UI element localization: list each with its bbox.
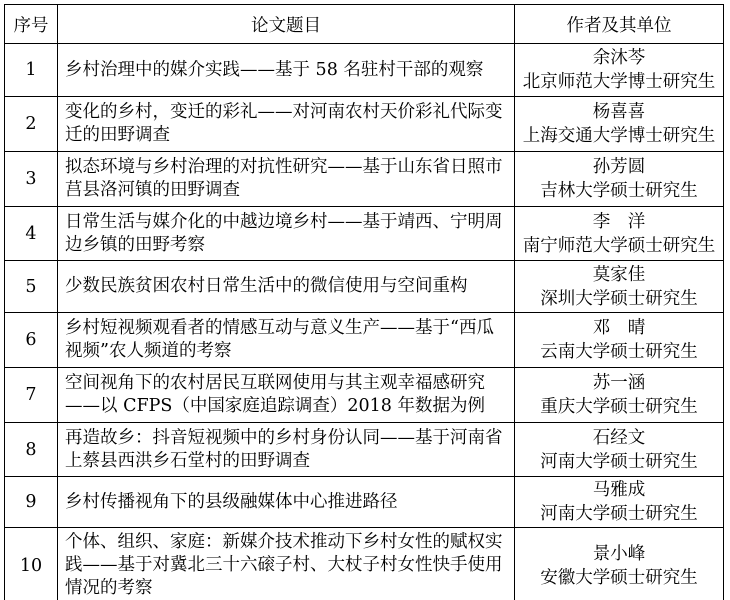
paper-title-cell: 变化的乡村，变迁的彩礼——对河南农村天价彩礼代际变迁的田野调查 bbox=[58, 97, 515, 152]
author-cell: 莫家佳 深圳大学硕士研究生 bbox=[515, 261, 724, 313]
paper-title-cell: 日常生活与媒介化的中越边境乡村——基于靖西、宁明周边乡镇的田野考察 bbox=[58, 207, 515, 261]
row-number-cell: 8 bbox=[5, 423, 58, 477]
col-header-title: 论文题目 bbox=[58, 5, 515, 44]
table-row: 8 再造故乡：抖音短视频中的乡村身份认同——基于河南省上蔡县西洪乡石堂村的田野调… bbox=[5, 423, 724, 477]
paper-title-cell: 乡村短视频观看者的情感互动与意义生产——基于“西瓜视频”农人频道的考察 bbox=[58, 313, 515, 368]
paper-title-cell: 少数民族贫困农村日常生活中的微信使用与空间重构 bbox=[58, 261, 515, 313]
row-number-cell: 7 bbox=[5, 368, 58, 423]
paper-title-cell: 乡村传播视角下的县级融媒体中心推进路径 bbox=[58, 477, 515, 528]
author-cell: 马雅成 河南大学硕士研究生 bbox=[515, 477, 724, 528]
author-cell: 杨喜喜 上海交通大学博士研究生 bbox=[515, 97, 724, 152]
author-name: 杨喜喜 bbox=[517, 100, 721, 124]
paper-title-cell: 拟态环境与乡村治理的对抗性研究——基于山东省日照市莒县洛河镇的田野调查 bbox=[58, 152, 515, 207]
author-affiliation: 吉林大学硕士研究生 bbox=[517, 179, 721, 203]
author-cell: 李 洋 南宁师范大学硕士研究生 bbox=[515, 207, 724, 261]
author-affiliation: 河南大学硕士研究生 bbox=[517, 450, 721, 474]
document-page: 序号 论文题目 作者及其单位 1 乡村治理中的媒介实践——基于 58 名驻村干部… bbox=[0, 0, 730, 600]
table-row: 3 拟态环境与乡村治理的对抗性研究——基于山东省日照市莒县洛河镇的田野调查 孙芳… bbox=[5, 152, 724, 207]
table-row: 2 变化的乡村，变迁的彩礼——对河南农村天价彩礼代际变迁的田野调查 杨喜喜 上海… bbox=[5, 97, 724, 152]
paper-title-cell: 空间视角下的农村居民互联网使用与其主观幸福感研究——以 CFPS（中国家庭追踪调… bbox=[58, 368, 515, 423]
table-row: 6 乡村短视频观看者的情感互动与意义生产——基于“西瓜视频”农人频道的考察 邓 … bbox=[5, 313, 724, 368]
col-header-author: 作者及其单位 bbox=[515, 5, 724, 44]
author-cell: 石经文 河南大学硕士研究生 bbox=[515, 423, 724, 477]
paper-title-cell: 个体、组织、家庭：新媒介技术推动下乡村女性的赋权实践——基于对冀北三十六磙子村、… bbox=[58, 528, 515, 600]
table-row: 4 日常生活与媒介化的中越边境乡村——基于靖西、宁明周边乡镇的田野考察 李 洋 … bbox=[5, 207, 724, 261]
author-name: 景小峰 bbox=[517, 542, 721, 566]
author-name: 马雅成 bbox=[517, 478, 721, 502]
author-affiliation: 云南大学硕士研究生 bbox=[517, 340, 721, 364]
row-number-cell: 2 bbox=[5, 97, 58, 152]
author-name: 邓 晴 bbox=[517, 316, 721, 340]
author-cell: 邓 晴 云南大学硕士研究生 bbox=[515, 313, 724, 368]
table-row: 7 空间视角下的农村居民互联网使用与其主观幸福感研究——以 CFPS（中国家庭追… bbox=[5, 368, 724, 423]
table-row: 10 个体、组织、家庭：新媒介技术推动下乡村女性的赋权实践——基于对冀北三十六磙… bbox=[5, 528, 724, 600]
author-name: 余沐芩 bbox=[517, 46, 721, 70]
papers-table: 序号 论文题目 作者及其单位 1 乡村治理中的媒介实践——基于 58 名驻村干部… bbox=[4, 4, 724, 600]
author-affiliation: 南宁师范大学硕士研究生 bbox=[517, 234, 721, 258]
row-number-cell: 5 bbox=[5, 261, 58, 313]
author-name: 石经文 bbox=[517, 426, 721, 450]
author-name: 孙芳圆 bbox=[517, 155, 721, 179]
author-cell: 苏一涵 重庆大学硕士研究生 bbox=[515, 368, 724, 423]
table-row: 9 乡村传播视角下的县级融媒体中心推进路径 马雅成 河南大学硕士研究生 bbox=[5, 477, 724, 528]
author-cell: 景小峰 安徽大学硕士研究生 bbox=[515, 528, 724, 600]
author-affiliation: 深圳大学硕士研究生 bbox=[517, 287, 721, 311]
table-row: 1 乡村治理中的媒介实践——基于 58 名驻村干部的观察 余沐芩 北京师范大学博… bbox=[5, 44, 724, 97]
row-number-cell: 6 bbox=[5, 313, 58, 368]
header-row: 序号 论文题目 作者及其单位 bbox=[5, 5, 724, 44]
table-header: 序号 论文题目 作者及其单位 bbox=[5, 5, 724, 44]
author-name: 苏一涵 bbox=[517, 371, 721, 395]
author-affiliation: 安徽大学硕士研究生 bbox=[517, 566, 721, 590]
author-name: 李 洋 bbox=[517, 210, 721, 234]
author-cell: 孙芳圆 吉林大学硕士研究生 bbox=[515, 152, 724, 207]
paper-title-cell: 乡村治理中的媒介实践——基于 58 名驻村干部的观察 bbox=[58, 44, 515, 97]
row-number-cell: 1 bbox=[5, 44, 58, 97]
author-name: 莫家佳 bbox=[517, 263, 721, 287]
col-header-number: 序号 bbox=[5, 5, 58, 44]
row-number-cell: 10 bbox=[5, 528, 58, 600]
author-affiliation: 上海交通大学博士研究生 bbox=[517, 124, 721, 148]
table-body: 1 乡村治理中的媒介实践——基于 58 名驻村干部的观察 余沐芩 北京师范大学博… bbox=[5, 44, 724, 600]
author-cell: 余沐芩 北京师范大学博士研究生 bbox=[515, 44, 724, 97]
row-number-cell: 9 bbox=[5, 477, 58, 528]
author-affiliation: 北京师范大学博士研究生 bbox=[517, 70, 721, 94]
table-row: 5 少数民族贫困农村日常生活中的微信使用与空间重构 莫家佳 深圳大学硕士研究生 bbox=[5, 261, 724, 313]
paper-title-cell: 再造故乡：抖音短视频中的乡村身份认同——基于河南省上蔡县西洪乡石堂村的田野调查 bbox=[58, 423, 515, 477]
row-number-cell: 3 bbox=[5, 152, 58, 207]
author-affiliation: 重庆大学硕士研究生 bbox=[517, 395, 721, 419]
row-number-cell: 4 bbox=[5, 207, 58, 261]
author-affiliation: 河南大学硕士研究生 bbox=[517, 502, 721, 526]
